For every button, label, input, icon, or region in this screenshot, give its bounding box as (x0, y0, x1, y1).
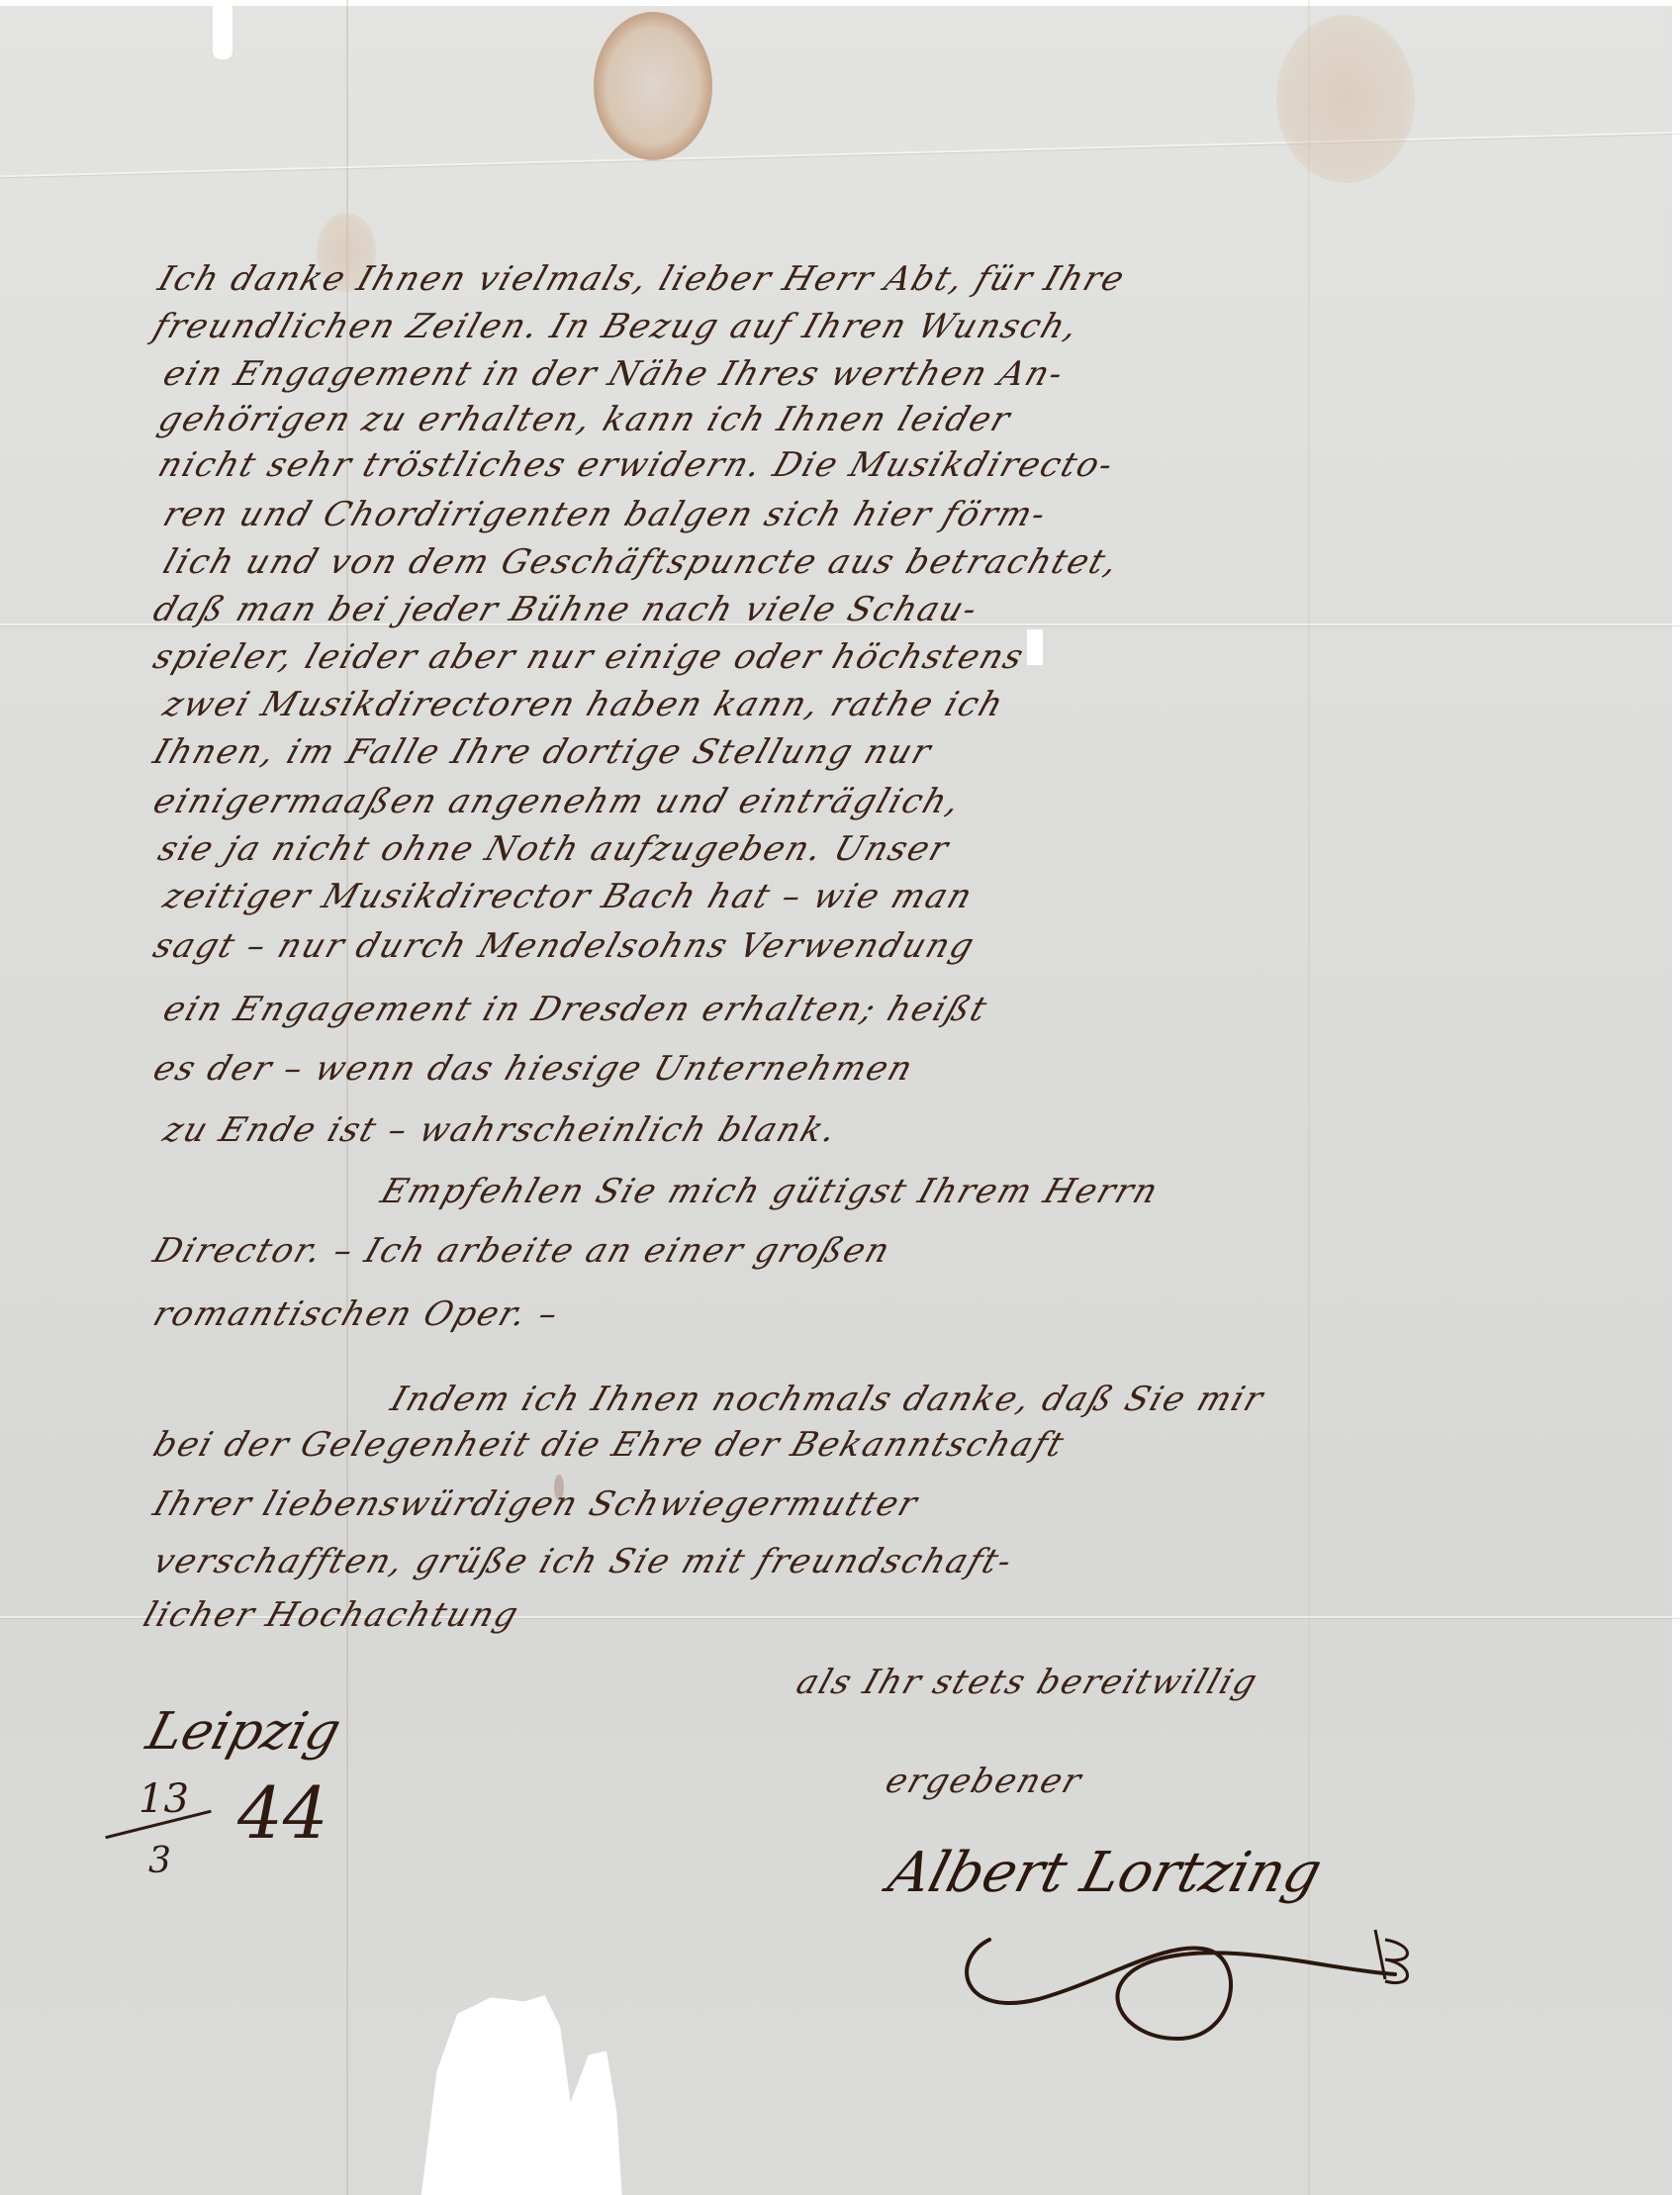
letter-line: Ihnen, im Falle Ihre dortige Stellung nu… (148, 732, 937, 772)
letter-line: daß man bei jeder Bühne nach viele Schau… (148, 590, 983, 629)
wax-seal-stain (594, 12, 712, 160)
letter-line: freundlichen Zeilen. In Bezug auf Ihren … (148, 307, 1084, 346)
letter-line: zu Ende ist – wahrscheinlich blank. (158, 1110, 843, 1150)
letter-line: bei der Gelegenheit die Ehre der Bekannt… (148, 1425, 1071, 1465)
letter-line: romantischen Oper. – (148, 1294, 565, 1334)
stain-top-right (1276, 15, 1415, 183)
letter-line: Director. – Ich arbeite an einer großen (148, 1231, 896, 1271)
letter-line: es der – wenn das hiesige Unternehmen (148, 1049, 919, 1089)
date-month: 3 (148, 1841, 171, 1881)
letter-line: als Ihr stets bereitwillig (792, 1663, 1263, 1702)
place-name: Leipzig (140, 1702, 347, 1762)
letter-line: einigermaaßen angenehm und einträglich, (148, 782, 967, 821)
letter-line: Empfehlen Sie mich gütigst Ihrem Herrn (376, 1172, 1165, 1211)
letter-line: gehörigen zu erhalten, kann ich Ihnen le… (153, 400, 1016, 439)
signature-flourish (950, 1920, 1425, 2058)
date-year: 44 (237, 1771, 328, 1855)
letter-line: ein Engagement in Dresden erhalten; heiß… (158, 990, 993, 1029)
letter-line: zwei Musikdirectoren haben kann, rathe i… (158, 685, 1010, 724)
date-day: 13 (139, 1776, 189, 1822)
letter-line: zeitiger Musikdirector Bach hat – wie ma… (158, 877, 979, 916)
torn-hole-bottom (401, 1989, 658, 2195)
letter-line: Indem ich Ihnen nochmals danke, daß Sie … (386, 1380, 1269, 1419)
letter-line: Ich danke Ihnen vielmals, lieber Herr Ab… (153, 259, 1131, 299)
scan-border-right (1672, 0, 1680, 2195)
letter-line: sagt – nur durch Mendelsohns Verwendung (148, 926, 980, 966)
letter-line: spieler, leider aber nur einige oder höc… (148, 637, 1030, 677)
signature: Albert Lortzing (882, 1841, 1328, 1905)
small-hole (1027, 629, 1043, 665)
letter-line: Ihrer liebenswürdigen Schwiegermutter (148, 1484, 924, 1524)
closing-text: ergebener (881, 1762, 1087, 1801)
fold-line-horizontal-top (0, 132, 1679, 177)
letter-line: ren und Chordirigenten balgen sich hier … (158, 495, 1053, 534)
letter-line: verschafften, grüße ich Sie mit freundsc… (148, 1542, 1018, 1581)
letter-line: lich und von dem Geschäftspuncte aus bet… (158, 542, 1125, 582)
letter-paper: Ich danke Ihnen vielmals, lieber Herr Ab… (0, 0, 1680, 2195)
tear-top-left (213, 0, 233, 59)
letter-line: sie ja nicht ohne Noth aufzugeben. Unser (153, 829, 955, 869)
letter-line: licher Hochachtung (139, 1595, 524, 1635)
letter-line: ein Engagement in der Nähe Ihres werthen… (158, 354, 1070, 394)
letter-line: nicht sehr tröstliches erwidern. Die Mus… (153, 445, 1120, 485)
scan-border-top (0, 0, 1680, 6)
